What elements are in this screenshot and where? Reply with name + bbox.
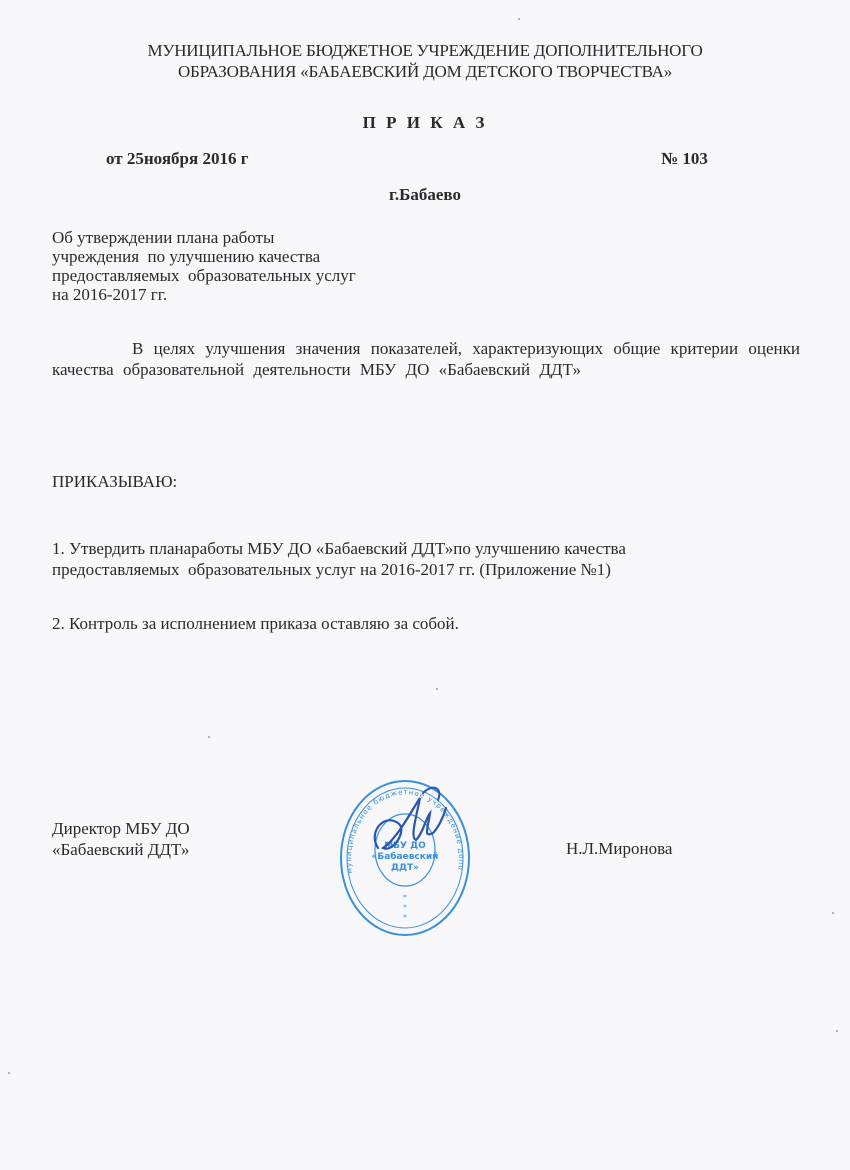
svg-text:*: * xyxy=(403,893,407,902)
organization-header: МУНИЦИПАЛЬНОЕ БЮДЖЕТНОЕ УЧРЕЖДЕНИЕ ДОПОЛ… xyxy=(0,40,850,82)
scan-speck xyxy=(8,1072,10,1074)
document-subject: Об утверждении плана работы учреждения п… xyxy=(52,228,356,304)
order-word: ПРИКАЗЫВАЮ: xyxy=(52,472,177,492)
svg-text:ДДТ»: ДДТ» xyxy=(391,863,419,873)
subject-line: Об утверждении плана работы xyxy=(52,228,356,247)
scan-speck xyxy=(836,1030,838,1032)
signatory-name: Н.Л.Миронова xyxy=(566,839,672,859)
subject-line: на 2016-2017 гг. xyxy=(52,285,356,304)
signatory-position: Директор МБУ ДО «Бабаевский ДДТ» xyxy=(52,818,190,860)
preamble-text: В целях улучшения значения показателей, … xyxy=(52,339,800,379)
order-item-2: 2. Контроль за исполнением приказа остав… xyxy=(52,614,459,634)
scan-speck xyxy=(518,18,520,20)
subject-line: предоставляемых образовательных услуг xyxy=(52,266,356,285)
order-item-1: 1. Утвердить планаработы МБУ ДО «Бабаевс… xyxy=(52,538,626,580)
document-title: П Р И К А З xyxy=(0,113,850,133)
stamp-seal-icon: муниципальное бюджетное учреждение допол… xyxy=(338,778,473,938)
scan-speck xyxy=(832,912,834,914)
org-name-line-1: МУНИЦИПАЛЬНОЕ БЮДЖЕТНОЕ УЧРЕЖДЕНИЕ ДОПОЛ… xyxy=(0,40,850,61)
order-item-1-line-1: 1. Утвердить планаработы МБУ ДО «Бабаевс… xyxy=(52,538,626,559)
svg-text:*: * xyxy=(403,903,407,912)
order-item-1-line-2: предоставляемых образовательных услуг на… xyxy=(52,559,626,580)
scan-speck xyxy=(208,736,210,738)
preamble-paragraph: В целях улучшения значения показателей, … xyxy=(52,338,800,380)
scan-speck xyxy=(436,688,438,690)
document-date: от 25ноября 2016 г xyxy=(106,149,248,169)
document-page: МУНИЦИПАЛЬНОЕ БЮДЖЕТНОЕ УЧРЕЖДЕНИЕ ДОПОЛ… xyxy=(0,0,850,1170)
document-number: № 103 xyxy=(661,149,708,169)
svg-text:*: * xyxy=(403,913,407,922)
signatory-position-line-1: Директор МБУ ДО xyxy=(52,818,190,839)
signatory-position-line-2: «Бабаевский ДДТ» xyxy=(52,839,190,860)
document-city: г.Бабаево xyxy=(0,185,850,205)
svg-text:«Бабаевский: «Бабаевский xyxy=(372,851,439,862)
subject-line: учреждения по улучшению качества xyxy=(52,247,356,266)
org-name-line-2: ОБРАЗОВАНИЯ «БАБАЕВСКИЙ ДОМ ДЕТСКОГО ТВО… xyxy=(0,61,850,82)
official-stamp: муниципальное бюджетное учреждение допол… xyxy=(338,778,473,938)
